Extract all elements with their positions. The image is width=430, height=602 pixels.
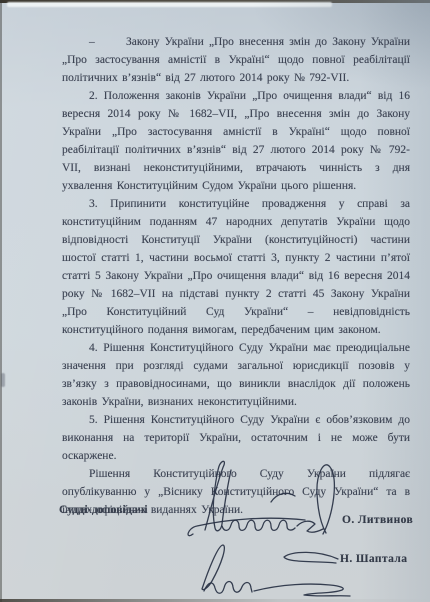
- paragraph-3-terminate-proceedings: 3. Припинити конституційне провадження у…: [62, 195, 410, 339]
- paragraph-2-provisions-void: 2. Положення законів України „Про очищен…: [62, 87, 410, 195]
- signer-name-shaptala: Н. Шаптала: [340, 553, 407, 565]
- signer-name-litvinov: О. Литвинов: [342, 514, 413, 526]
- scanned-document-page: – Закону України „Про внесення змін до З…: [0, 0, 430, 602]
- paragraph-amnesty-law-item: – Закону України „Про внесення змін до З…: [62, 33, 410, 87]
- paragraph-5-binding-final: 5. Рішення Конституційного Суду України …: [62, 411, 410, 465]
- shaptala-signature-ink: [192, 537, 367, 599]
- paragraph-4-prejudicial-effect: 4. Рішення Конституційного Суду України …: [62, 339, 410, 411]
- litvinov-signature-ink: [183, 458, 343, 546]
- scan-edge-left-mark: [1, 373, 5, 387]
- document-body: – Закону України „Про внесення змін до З…: [62, 33, 410, 519]
- scan-edge-left: [0, 0, 2, 602]
- judges-rapporteurs-label: Судді-доповідачі: [59, 504, 148, 516]
